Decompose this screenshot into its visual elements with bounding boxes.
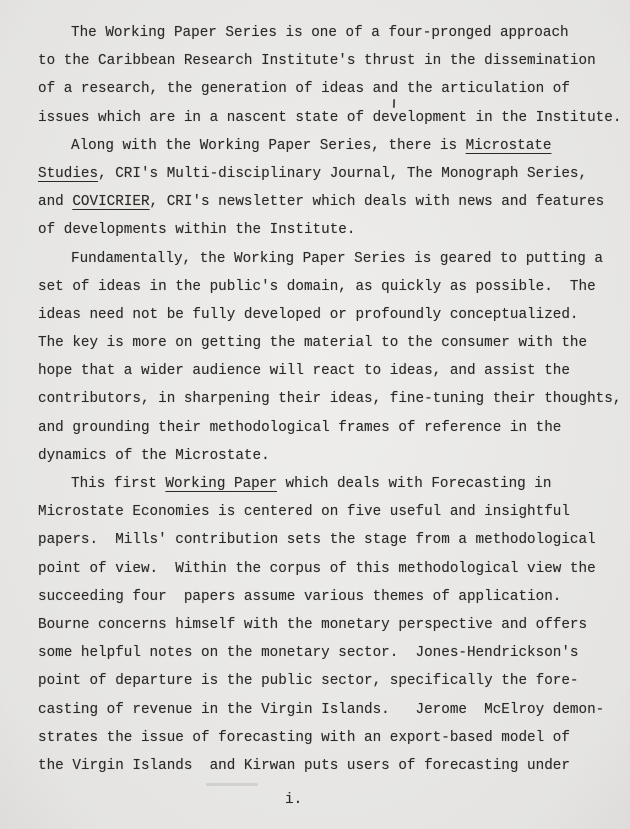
text-line: and grounding their methodological frame… [38, 414, 630, 442]
paragraph: The Working Paper Series is one of a fou… [38, 19, 630, 132]
text-segment: This first [71, 476, 165, 492]
text-line: Bourne concerns himself with the monetar… [38, 611, 630, 639]
text-line: of a research, the generation of ideas a… [38, 75, 630, 103]
text-line: and COVICRIER, CRI's newsletter which de… [38, 188, 630, 216]
text-line: casting of revenue in the Virgin Islands… [38, 696, 630, 724]
text-line: issues which are in a nascent state of d… [38, 104, 630, 132]
text-segment: succeeding four papers assume various th… [38, 589, 561, 605]
text-segment: casting of revenue in the Virgin Islands… [38, 702, 604, 718]
text-line: Fundamentally, the Working Paper Series … [38, 245, 630, 273]
text-segment: ideas need not be fully developed or pro… [38, 307, 579, 323]
underlined-text: COVICRIER [72, 194, 149, 210]
text-segment: which deals with Forecasting in [277, 476, 552, 492]
text-line: point of view. Within the corpus of this… [38, 555, 630, 583]
text-line: Along with the Working Paper Series, the… [38, 132, 630, 160]
text-line: The key is more on getting the material … [38, 329, 630, 357]
text-line: This first Working Paper which deals wit… [38, 470, 630, 498]
text-segment: , CRI's newsletter which deals with news… [150, 194, 605, 210]
text-line: succeeding four papers assume various th… [38, 583, 630, 611]
text-line: set of ideas in the public's domain, as … [38, 273, 630, 301]
text-segment: the Virgin Islands and Kirwan puts users… [38, 758, 570, 774]
text-line: contributors, in sharpening their ideas,… [38, 385, 630, 413]
text-line: Studies, CRI's Multi-disciplinary Journa… [38, 160, 630, 188]
text-segment: , CRI's Multi-disciplinary Journal, The … [98, 166, 587, 182]
paragraph: This first Working Paper which deals wit… [38, 470, 630, 780]
text-segment: point of departure is the public sector,… [38, 673, 579, 689]
text-line: Microstate Economies is centered on five… [38, 498, 630, 526]
scan-smudge [206, 783, 258, 786]
text-segment: papers. Mills' contribution sets the sta… [38, 532, 596, 548]
text-segment: Microstate Economies is centered on five… [38, 504, 570, 520]
text-segment: contributors, in sharpening their ideas,… [38, 391, 621, 407]
text-segment: and grounding their methodological frame… [38, 420, 561, 436]
text-segment: set of ideas in the public's domain, as … [38, 279, 596, 295]
text-segment: some helpful notes on the monetary secto… [38, 645, 579, 661]
underlined-text: Microstate [466, 138, 552, 154]
page-number: i. [285, 791, 302, 809]
text-segment: of developments within the Institute. [38, 222, 355, 238]
paragraph: Fundamentally, the Working Paper Series … [38, 245, 630, 471]
text-segment: dynamics of the Microstate. [38, 448, 270, 464]
text-line: point of departure is the public sector,… [38, 667, 630, 695]
text-line: strates the issue of forecasting with an… [38, 724, 630, 752]
scanned-document-page: The Working Paper Series is one of a fou… [0, 0, 630, 829]
text-line: ideas need not be fully developed or pro… [38, 301, 630, 329]
text-segment: to the Caribbean Research Institute's th… [38, 53, 596, 69]
text-line: The Working Paper Series is one of a fou… [38, 19, 630, 47]
text-segment: issues which are in a nascent state of d… [38, 110, 621, 126]
text-segment: of a research, the generation of ideas a… [38, 81, 570, 97]
text-line: dynamics of the Microstate. [38, 442, 630, 470]
text-segment: The Working Paper Series is one of a fou… [71, 25, 569, 41]
text-segment: Fundamentally, the Working Paper Series … [71, 251, 603, 267]
text-line: some helpful notes on the monetary secto… [38, 639, 630, 667]
ink-artifact [393, 99, 395, 108]
text-line: to the Caribbean Research Institute's th… [38, 47, 630, 75]
underlined-text: Working Paper [165, 476, 277, 492]
text-segment: point of view. Within the corpus of this… [38, 561, 596, 577]
text-segment: Bourne concerns himself with the monetar… [38, 617, 587, 633]
text-segment: The key is more on getting the material … [38, 335, 587, 351]
text-segment: hope that a wider audience will react to… [38, 363, 570, 379]
text-segment: strates the issue of forecasting with an… [38, 730, 570, 746]
text-line: papers. Mills' contribution sets the sta… [38, 526, 630, 554]
text-segment: and [38, 194, 72, 210]
paragraph: Along with the Working Paper Series, the… [38, 132, 630, 245]
text-segment: Along with the Working Paper Series, the… [71, 138, 466, 154]
document-body: The Working Paper Series is one of a fou… [38, 19, 630, 780]
text-line: of developments within the Institute. [38, 216, 630, 244]
text-line: the Virgin Islands and Kirwan puts users… [38, 752, 630, 780]
underlined-text: Studies [38, 166, 98, 182]
text-line: hope that a wider audience will react to… [38, 357, 630, 385]
